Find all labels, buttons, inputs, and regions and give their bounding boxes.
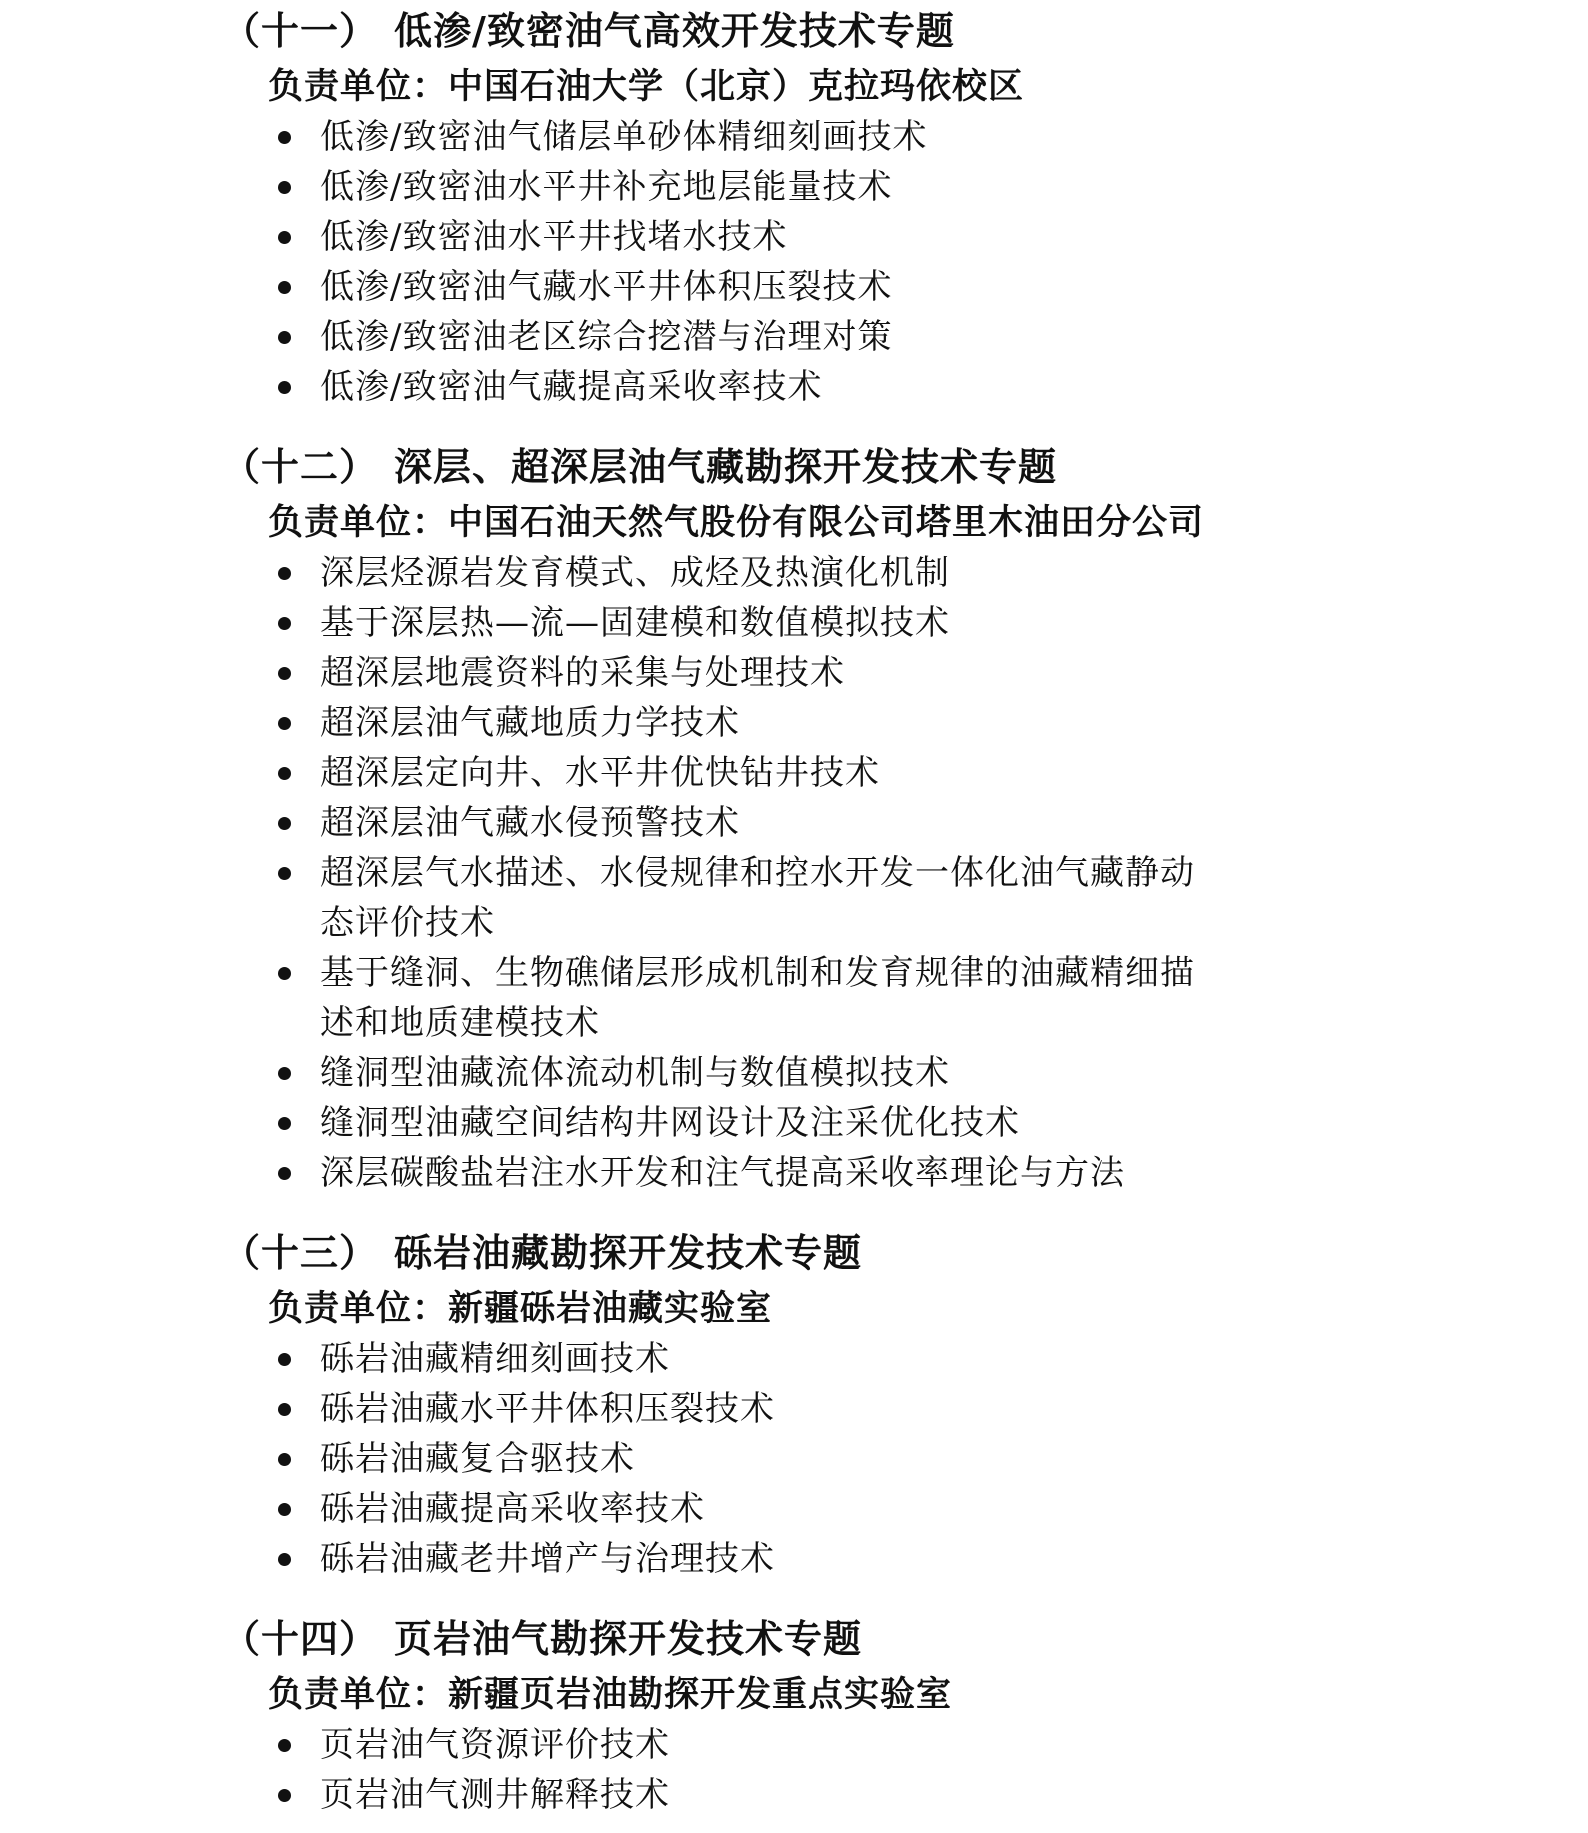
- bullet-icon: [278, 131, 291, 144]
- list-item-text: 页岩油气测井解释技术: [320, 1770, 670, 1820]
- list-item-text: 低渗/致密油老区综合挖潜与治理对策: [320, 312, 892, 362]
- bullet-icon: [278, 381, 291, 394]
- section-number: （十一）: [222, 8, 378, 53]
- responsible-unit-line: 负责单位：中国石油大学（北京）克拉玛依校区: [268, 62, 1588, 112]
- list-item: 低渗/致密油水平井找堵水技术: [278, 212, 1588, 262]
- list-item-text: 砾岩油藏水平井体积压裂技术: [320, 1384, 775, 1434]
- bullet-icon: [278, 1503, 291, 1516]
- list-item: 砾岩油藏精细刻画技术: [278, 1334, 1588, 1384]
- list-item-text: 砾岩油藏提高采收率技术: [320, 1484, 705, 1534]
- section-heading: （十一）低渗/致密油气高效开发技术专题: [222, 6, 1588, 56]
- bullet-icon: [278, 1067, 291, 1080]
- bullet-icon: [278, 1117, 291, 1130]
- list-item: 低渗/致密油老区综合挖潜与治理对策: [278, 312, 1588, 362]
- list-item-text: 低渗/致密油气藏水平井体积压裂技术: [320, 262, 892, 312]
- bullet-icon: [278, 567, 291, 580]
- section-title: 深层、超深层油气藏勘探开发技术专题: [394, 444, 1057, 489]
- list-item-text: 缝洞型油藏空间结构井网设计及注采优化技术: [320, 1098, 1020, 1148]
- bullet-icon: [278, 1353, 291, 1366]
- section-number: （十三）: [222, 1230, 378, 1275]
- responsible-unit-label: 负责单位：: [268, 1288, 448, 1329]
- list-item-text: 超深层油气藏水侵预警技术: [320, 798, 740, 848]
- list-item: 缝洞型油藏空间结构井网设计及注采优化技术: [278, 1098, 1588, 1148]
- topic-section: （十一）低渗/致密油气高效开发技术专题 负责单位：中国石油大学（北京）克拉玛依校…: [222, 6, 1588, 412]
- list-item-text: 低渗/致密油水平井找堵水技术: [320, 212, 787, 262]
- list-item: 深层烃源岩发育模式、成烃及热演化机制: [278, 548, 1588, 598]
- list-item: 低渗/致密油气藏提高采收率技术: [278, 362, 1588, 412]
- bullet-icon: [278, 967, 291, 980]
- section-title: 砾岩油藏勘探开发技术专题: [394, 1230, 862, 1275]
- responsible-unit-name: 新疆砾岩油藏实验室: [448, 1288, 772, 1329]
- bullet-icon: [278, 867, 291, 880]
- technology-list: 页岩油气资源评价技术 页岩油气测井解释技术: [222, 1720, 1588, 1820]
- bullet-icon: [278, 717, 291, 730]
- list-item-text: 超深层定向井、水平井优快钻井技术: [320, 748, 880, 798]
- list-item: 页岩油气资源评价技术: [278, 1720, 1588, 1770]
- bullet-icon: [278, 181, 291, 194]
- section-heading: （十四）页岩油气勘探开发技术专题: [222, 1614, 1588, 1664]
- responsible-unit-line: 负责单位：新疆砾岩油藏实验室: [268, 1284, 1588, 1334]
- list-item: 基于深层热—流—固建模和数值模拟技术: [278, 598, 1588, 648]
- list-item: 超深层定向井、水平井优快钻井技术: [278, 748, 1588, 798]
- list-item-text: 深层烃源岩发育模式、成烃及热演化机制: [320, 548, 950, 598]
- list-item-text: 缝洞型油藏流体流动机制与数值模拟技术: [320, 1048, 950, 1098]
- list-item: 页岩油气测井解释技术: [278, 1770, 1588, 1820]
- bullet-icon: [278, 331, 291, 344]
- list-item-text: 砾岩油藏复合驱技术: [320, 1434, 635, 1484]
- sections-container: （十一）低渗/致密油气高效开发技术专题 负责单位：中国石油大学（北京）克拉玛依校…: [222, 6, 1588, 1820]
- bullet-icon: [278, 1553, 291, 1566]
- bullet-icon: [278, 281, 291, 294]
- section-heading: （十二）深层、超深层油气藏勘探开发技术专题: [222, 442, 1588, 492]
- bullet-icon: [278, 817, 291, 830]
- bullet-icon: [278, 1167, 291, 1180]
- list-item: 砾岩油藏提高采收率技术: [278, 1484, 1588, 1534]
- list-item: 低渗/致密油水平井补充地层能量技术: [278, 162, 1588, 212]
- list-item: 深层碳酸盐岩注水开发和注气提高采收率理论与方法: [278, 1148, 1588, 1198]
- list-item-text: 超深层气水描述、水侵规律和控水开发一体化油气藏静动态评价技术: [320, 848, 1212, 948]
- responsible-unit-line: 负责单位：新疆页岩油勘探开发重点实验室: [268, 1670, 1588, 1720]
- bullet-icon: [278, 1403, 291, 1416]
- list-item: 砾岩油藏老井增产与治理技术: [278, 1534, 1588, 1584]
- bullet-icon: [278, 1453, 291, 1466]
- bullet-icon: [278, 667, 291, 680]
- list-item-text: 页岩油气资源评价技术: [320, 1720, 670, 1770]
- topic-section: （十三）砾岩油藏勘探开发技术专题 负责单位：新疆砾岩油藏实验室 砾岩油藏精细刻画…: [222, 1228, 1588, 1584]
- responsible-unit-label: 负责单位：: [268, 66, 448, 107]
- list-item-text: 低渗/致密油气藏提高采收率技术: [320, 362, 822, 412]
- list-item: 砾岩油藏复合驱技术: [278, 1434, 1588, 1484]
- section-title: 低渗/致密油气高效开发技术专题: [394, 8, 955, 53]
- technology-list: 低渗/致密油气储层单砂体精细刻画技术 低渗/致密油水平井补充地层能量技术 低渗/…: [222, 112, 1588, 412]
- list-item-text: 超深层油气藏地质力学技术: [320, 698, 740, 748]
- responsible-unit-line: 负责单位：中国石油天然气股份有限公司塔里木油田分公司: [268, 498, 1588, 548]
- topic-section: （十四）页岩油气勘探开发技术专题 负责单位：新疆页岩油勘探开发重点实验室 页岩油…: [222, 1614, 1588, 1820]
- list-item-text: 低渗/致密油水平井补充地层能量技术: [320, 162, 892, 212]
- list-item: 超深层地震资料的采集与处理技术: [278, 648, 1588, 698]
- technology-list: 深层烃源岩发育模式、成烃及热演化机制 基于深层热—流—固建模和数值模拟技术 超深…: [222, 548, 1588, 1198]
- responsible-unit-label: 负责单位：: [268, 1674, 448, 1715]
- list-item: 砾岩油藏水平井体积压裂技术: [278, 1384, 1588, 1434]
- list-item-text: 砾岩油藏精细刻画技术: [320, 1334, 670, 1384]
- section-heading: （十三）砾岩油藏勘探开发技术专题: [222, 1228, 1588, 1278]
- list-item-text: 砾岩油藏老井增产与治理技术: [320, 1534, 775, 1584]
- responsible-unit-name: 新疆页岩油勘探开发重点实验室: [448, 1674, 952, 1715]
- list-item: 低渗/致密油气储层单砂体精细刻画技术: [278, 112, 1588, 162]
- responsible-unit-label: 负责单位：: [268, 502, 448, 543]
- responsible-unit-name: 中国石油大学（北京）克拉玛依校区: [448, 66, 1024, 107]
- topic-section: （十二）深层、超深层油气藏勘探开发技术专题 负责单位：中国石油天然气股份有限公司…: [222, 442, 1588, 1198]
- bullet-icon: [278, 231, 291, 244]
- list-item: 低渗/致密油气藏水平井体积压裂技术: [278, 262, 1588, 312]
- section-number: （十四）: [222, 1616, 378, 1661]
- list-item-text: 基于深层热—流—固建模和数值模拟技术: [320, 598, 950, 648]
- list-item-text: 深层碳酸盐岩注水开发和注气提高采收率理论与方法: [320, 1148, 1125, 1198]
- section-title: 页岩油气勘探开发技术专题: [394, 1616, 862, 1661]
- section-number: （十二）: [222, 444, 378, 489]
- list-item: 基于缝洞、生物礁储层形成机制和发育规律的油藏精细描述和地质建模技术: [278, 948, 1588, 1048]
- bullet-icon: [278, 1739, 291, 1752]
- list-item: 超深层油气藏地质力学技术: [278, 698, 1588, 748]
- list-item-text: 超深层地震资料的采集与处理技术: [320, 648, 845, 698]
- list-item: 超深层油气藏水侵预警技术: [278, 798, 1588, 848]
- responsible-unit-name: 中国石油天然气股份有限公司塔里木油田分公司: [448, 502, 1204, 543]
- list-item-text: 低渗/致密油气储层单砂体精细刻画技术: [320, 112, 927, 162]
- bullet-icon: [278, 617, 291, 630]
- list-item: 超深层气水描述、水侵规律和控水开发一体化油气藏静动态评价技术: [278, 848, 1588, 948]
- document-page: （十一）低渗/致密油气高效开发技术专题 负责单位：中国石油大学（北京）克拉玛依校…: [0, 0, 1588, 1833]
- list-item-text: 基于缝洞、生物礁储层形成机制和发育规律的油藏精细描述和地质建模技术: [320, 948, 1212, 1048]
- bullet-icon: [278, 1789, 291, 1802]
- list-item: 缝洞型油藏流体流动机制与数值模拟技术: [278, 1048, 1588, 1098]
- bullet-icon: [278, 767, 291, 780]
- technology-list: 砾岩油藏精细刻画技术 砾岩油藏水平井体积压裂技术 砾岩油藏复合驱技术 砾岩油藏提…: [222, 1334, 1588, 1584]
